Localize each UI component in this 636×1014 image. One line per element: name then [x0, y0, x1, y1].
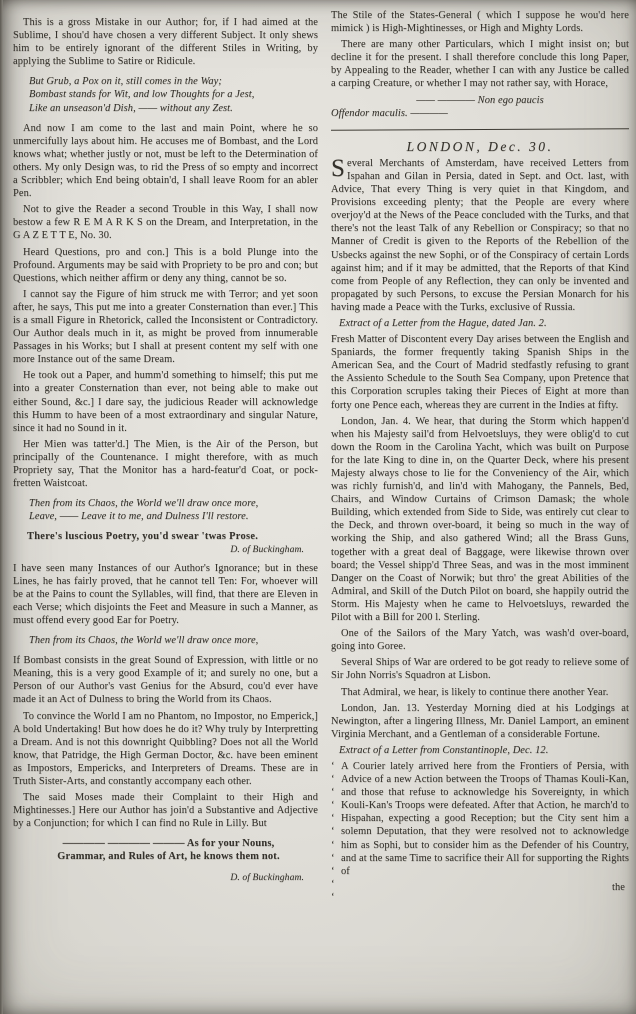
- paragraph: And now I am come to the last and main P…: [13, 122, 318, 201]
- blackletter-line: There's luscious Poetry, you'd swear 'tw…: [27, 530, 318, 543]
- verse-quotation: Then from its Chaos, the World we'll dra…: [29, 634, 318, 647]
- paragraph: Several Merchants of Amsterdam, have rec…: [331, 157, 629, 314]
- quote-marks-gutter: ‘ ‘ ‘ ‘ ‘ ‘ ‘ ‘ ‘ ‘ ‘: [331, 760, 335, 904]
- paragraph: London, Jan. 13. Yesterday Morning died …: [331, 702, 629, 741]
- newspaper-page: This is a gross Mistake in our Author; f…: [0, 0, 636, 1014]
- verse-line: Then from its Chaos, the World we'll dra…: [29, 634, 318, 647]
- paragraph: ‘ ‘ ‘ ‘ ‘ ‘ ‘ ‘ ‘ ‘ ‘A Courier lately ar…: [331, 760, 629, 878]
- verse-line: Bombast stands for Wit, and low Thoughts…: [29, 88, 318, 101]
- paragraph: Several Ships of War are ordered to be g…: [331, 656, 629, 682]
- paragraph: Extract of a Letter from Constantinople,…: [331, 744, 629, 757]
- paragraph: If Bombast consists in the great Sound o…: [13, 654, 318, 706]
- verse-quotation: ———— ———— ——— As for your Nouns,Grammar,…: [19, 837, 318, 863]
- verse-line: Leave, —— Leave it to me, and Dulness I'…: [29, 510, 318, 523]
- paragraph: London, Jan. 4. We hear, that during the…: [331, 415, 629, 625]
- author-attribution: D. of Buckingham.: [13, 871, 304, 884]
- section-divider-rule: [331, 128, 629, 131]
- dateline-heading: LONDON, Dec. 30.: [331, 140, 629, 153]
- verse-quotation: But Grub, a Pox on it, still comes in th…: [29, 75, 318, 114]
- verse-line: Grammar, and Rules of Art, he knows them…: [19, 850, 318, 863]
- verse-line: Offendor maculis. ————: [331, 107, 629, 120]
- paragraph: One of the Sailors of the Mary Yatch, wa…: [331, 627, 629, 653]
- paragraph: Heard Questions, pro and con.] This is a…: [13, 246, 318, 285]
- paragraph: This is a gross Mistake in our Author; f…: [13, 16, 318, 68]
- paragraph: Fresh Matter of Discontent every Day ari…: [331, 333, 629, 412]
- paragraph: He took out a Paper, and humm'd somethin…: [13, 369, 318, 434]
- catchword: the: [331, 881, 625, 894]
- paragraph: That Admiral, we hear, is likely to cont…: [331, 686, 629, 699]
- right-column: The Stile of the States-General ( which …: [331, 9, 629, 894]
- paragraph: Her Mien was tatter'd.] The Mien, is the…: [13, 438, 318, 490]
- drop-cap: S: [331, 157, 347, 180]
- paragraph: I have seen many Instances of our Author…: [13, 562, 318, 627]
- verse-line: Like an unseason'd Dish, —— without any …: [29, 102, 318, 115]
- author-attribution: D. of Buckingham.: [13, 543, 304, 556]
- paragraph: To convince the World I am no Phantom, n…: [13, 710, 318, 789]
- latin-quotation: —— ———— Non ego paucisOffendor maculis. …: [331, 94, 629, 120]
- verse-line: ———— ———— ——— As for your Nouns,: [19, 837, 318, 850]
- paragraph: Not to give the Reader a second Trouble …: [13, 203, 318, 242]
- paragraph: Extract of a Letter from the Hague, date…: [331, 317, 629, 330]
- left-column: This is a gross Mistake in our Author; f…: [13, 16, 318, 889]
- paragraph: The Stile of the States-General ( which …: [331, 9, 629, 35]
- verse-line: —— ———— Non ego paucis: [331, 94, 629, 107]
- paragraph: There are many other Particulars, which …: [331, 38, 629, 90]
- verse-quotation: Then from its Chaos, the World we'll dra…: [29, 497, 318, 523]
- paragraph: I cannot say the Figure of him struck me…: [13, 288, 318, 367]
- verse-line: Then from its Chaos, the World we'll dra…: [29, 497, 318, 510]
- verse-line: But Grub, a Pox on it, still comes in th…: [29, 75, 318, 88]
- paragraph: The said Moses made their Complaint to t…: [13, 791, 318, 830]
